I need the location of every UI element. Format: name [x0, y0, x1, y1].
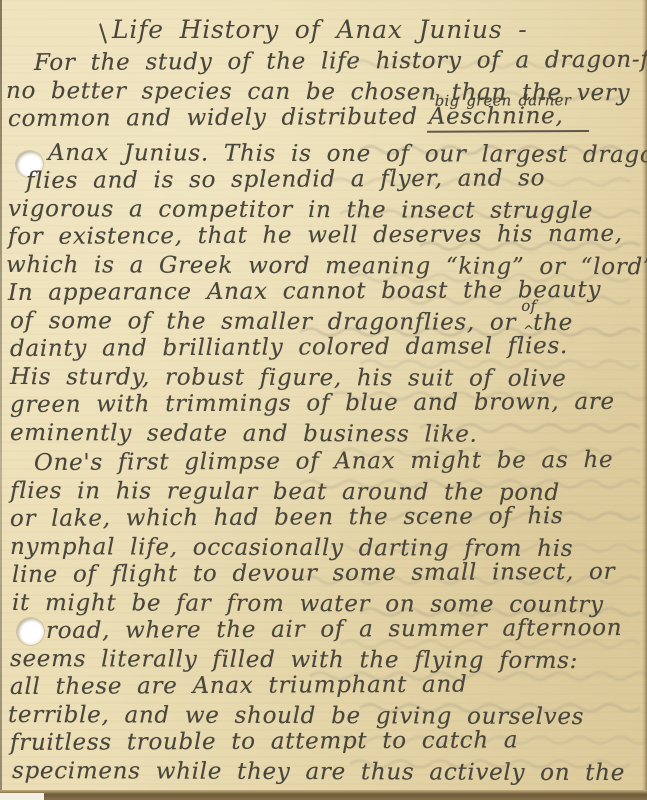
page-left-edge	[0, 0, 2, 800]
manuscript-page: Life History of Anax Junius - For the st…	[0, 0, 647, 800]
handwritten-line: flies and is so splendid a flyer, and so	[26, 165, 545, 194]
caret-insertion: of^the	[525, 310, 573, 336]
handwritten-line: In appearance Anax cannot boast the beau…	[8, 277, 601, 306]
page-title: Life History of Anax Junius -	[112, 15, 527, 44]
handwritten-line: specimens while they are thus actively o…	[12, 758, 625, 786]
handwritten-line: flies in his regular beat around the pon…	[10, 478, 560, 506]
handwritten-line: for existence, that he well deserves his…	[8, 221, 623, 250]
handwritten-line: terrible, and we should be giving oursel…	[8, 702, 584, 730]
handwritten-line: which is a Greek word meaning “king” or …	[6, 252, 647, 280]
handwritten-line: green with trimmings of blue and brown, …	[10, 389, 615, 418]
handwritten-line-species: common and widely distributedAeschnine,b…	[8, 103, 590, 132]
handwritten-line: or lake, which had been the scene of his	[10, 503, 564, 532]
punch-hole-bottom	[17, 618, 44, 645]
handwritten-line: Anax Junius. This is one of our largest …	[48, 140, 647, 168]
stray-pen-mark	[99, 23, 107, 44]
handwritten-line: His sturdy, robust figure, his suit of o…	[10, 364, 567, 392]
handwritten-line: fruitless trouble to attempt to catch a	[10, 727, 518, 756]
handwritten-line: seems literally filled with the flying f…	[10, 646, 578, 674]
handwritten-line: line of flight to devour some small inse…	[12, 559, 615, 588]
line-suffix: the	[533, 310, 573, 336]
interlinear-insertion: of	[521, 293, 536, 319]
handwritten-line: nymphal life, occasionally darting from …	[10, 534, 573, 562]
page-bottom-corner	[0, 793, 44, 800]
handwritten-line: vigorous a competitor in the insect stru…	[8, 196, 593, 224]
handwritten-line-caret: of some of the smaller dragonflies, orof…	[10, 308, 573, 336]
handwritten-line: it might be far from water on some count…	[12, 590, 604, 618]
handwritten-line: For the study of the life history of a d…	[34, 47, 647, 76]
line-prefix: common and widely distributed	[8, 104, 418, 132]
handwritten-line: road, where the air of a summer afternoo…	[46, 615, 622, 644]
handwritten-line: all these are Anax triumphant and	[10, 672, 467, 700]
handwritten-line: eminently sedate and business like.	[10, 420, 478, 448]
page-bottom-edge	[0, 790, 647, 800]
handwritten-line: One's first glimpse of Anax might be as …	[34, 447, 613, 476]
underlined-species-word: Aeschnine,big green darner	[427, 103, 590, 133]
line-prefix: of some of the smaller dragonflies, or	[10, 308, 516, 336]
interlinear-insertion: big green darner	[435, 87, 571, 114]
handwritten-line: dainty and brilliantly colored damsel fl…	[10, 333, 568, 362]
page-right-edge	[642, 0, 647, 800]
